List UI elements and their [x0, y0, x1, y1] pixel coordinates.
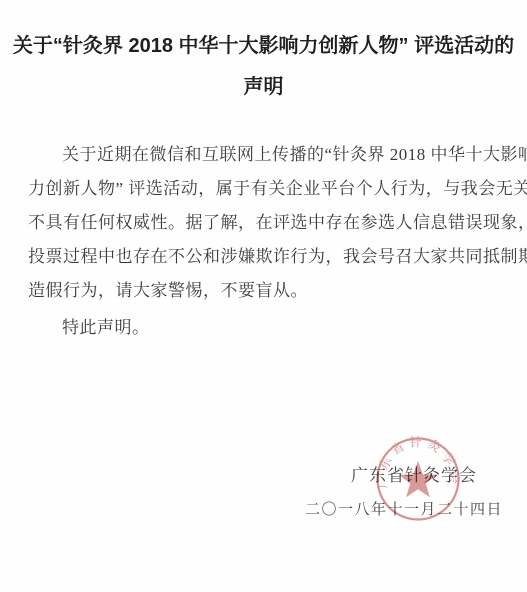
body-line-1: 关于近期在微信和互联网上传播的“针灸界 2018 中华十大影响 [28, 138, 500, 172]
body-line-5: 造假行为，请大家警惕，不要盲从。 [28, 274, 500, 308]
body-line-2: 力创新人物” 评选活动，属于有关企业平台个人行为，与我会无关， [28, 172, 500, 206]
body-line-4: 投票过程中也存在不公和涉嫌欺诈行为，我会号召大家共同抵制欺诈、 [28, 240, 500, 274]
document-title: 关于“针灸界 2018 中华十大影响力创新人物” 评选活动的 声明 [0, 26, 527, 108]
statement-document: 关于“针灸界 2018 中华十大影响力创新人物” 评选活动的 声明 关于近期在微… [0, 0, 527, 592]
statement-body: 关于近期在微信和互联网上传播的“针灸界 2018 中华十大影响 力创新人物” 评… [28, 138, 500, 345]
signature-organization: 广东省针灸学会 [351, 461, 477, 486]
closing-statement: 特此声明。 [28, 311, 500, 345]
signature-date: 二〇一八年十一月二十四日 [305, 498, 503, 519]
title-line-2: 声明 [0, 67, 527, 108]
body-line-3: 不具有任何权威性。据了解，在评选中存在参选人信息错误现象，在 [28, 206, 500, 240]
title-line-1: 关于“针灸界 2018 中华十大影响力创新人物” 评选活动的 [0, 26, 527, 67]
